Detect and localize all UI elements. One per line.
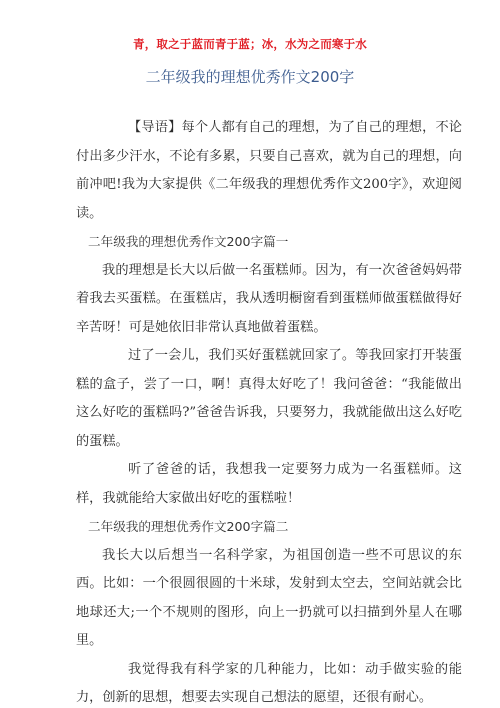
paragraph: 我的理想是长大以后做一名蛋糕师。因为，有一次爸爸妈妈带着我去买蛋糕。在蛋糕店，我…: [76, 257, 462, 343]
paragraph: 我觉得我有科学家的几种能力，比如：动手做实验的能力，创新的思想，想要去实现自己想…: [76, 656, 462, 708]
paragraph: 我长大以后想当一名科学家，为祖国创造一些不可思议的东西。比如：一个很圆很圆的十米…: [76, 542, 462, 656]
section-heading: 二年级我的理想优秀作文200字篇二: [76, 513, 462, 542]
document-title: 二年级我的理想优秀作文200字: [0, 66, 500, 87]
intro-paragraph: 【导语】每个人都有自己的理想，为了自己的理想，不论付出多少汗水，不论有多累，只要…: [76, 114, 462, 228]
document-body: 【导语】每个人都有自己的理想，为了自己的理想，不论付出多少汗水，不论有多累，只要…: [76, 114, 462, 708]
motto-header: 青，取之于蓝而青于蓝；冰，水为之而寒于水: [0, 36, 500, 52]
document-page: 青，取之于蓝而青于蓝；冰，水为之而寒于水 二年级我的理想优秀作文200字 【导语…: [0, 0, 500, 708]
paragraph: 过了一会儿，我们买好蛋糕就回家了。等我回家打开装蛋糕的盒子，尝了一口，啊！真得太…: [76, 342, 462, 456]
paragraph: 听了爸爸的话，我想我一定要努力成为一名蛋糕师。这样，我就能给大家做出好吃的蛋糕啦…: [76, 456, 462, 513]
section-heading: 二年级我的理想优秀作文200字篇一: [76, 228, 462, 257]
